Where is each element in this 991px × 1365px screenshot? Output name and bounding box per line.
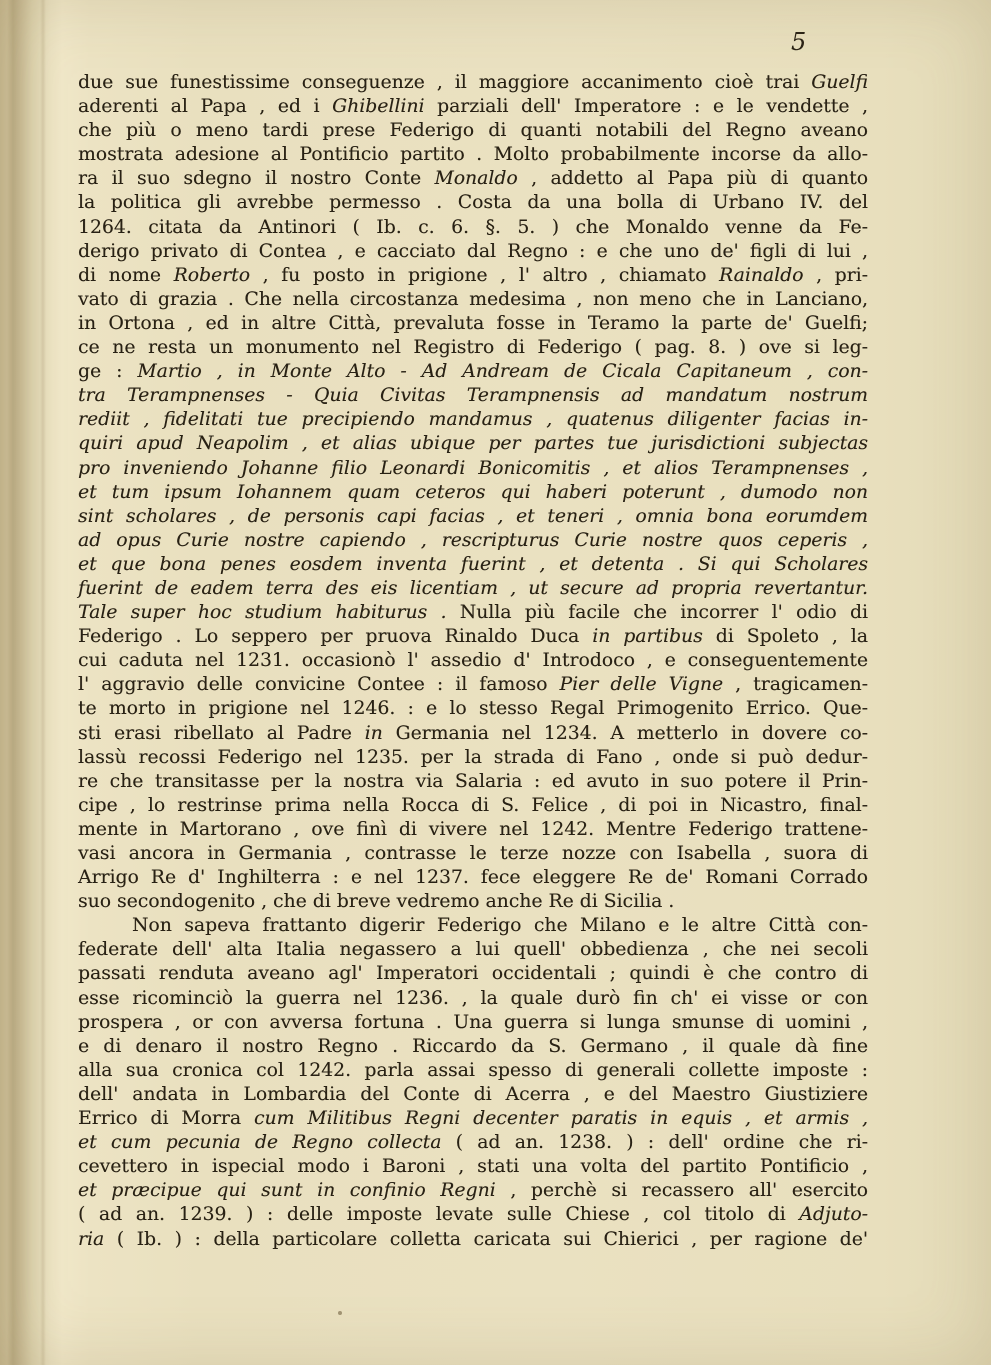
text-line: vasi ancora in Germania , contrasse le t… [78, 842, 868, 866]
italic-text-segment: ad opus Curie nostre capiendo , rescript… [78, 530, 868, 551]
text-segment: derigo privato di Contea , e cacciato da… [78, 241, 868, 262]
italic-text-segment: Ghibellini [332, 96, 424, 117]
text-segment: vato di grazia . Che nella circostanza m… [78, 289, 868, 310]
italic-text-segment: Roberto [174, 265, 250, 286]
text-segment: , pri- [803, 265, 868, 286]
text-line: et que bona penes eosdem inventa fuerint… [78, 553, 868, 577]
text-segment: di nome [78, 265, 174, 286]
text-line: alla sua cronica col 1242. parla assai s… [78, 1059, 868, 1083]
page-crease [40, 0, 46, 1365]
italic-text-segment: sint scholares , de personis capi facias… [78, 506, 868, 527]
text-segment: in Ortona , ed in altre Città, prevaluta… [78, 313, 868, 334]
text-line: fuerint de eadem terra des eis licentiam… [78, 577, 868, 601]
text-line: re che transitasse per la nostra via Sal… [78, 770, 868, 794]
italic-text-segment: pro inveniendo Johanne filio Leonardi Bo… [78, 458, 868, 479]
text-line: ad opus Curie nostre capiendo , rescript… [78, 529, 868, 553]
text-line: esse ricominciò la guerra nel 1236. , la… [78, 987, 868, 1011]
text-segment: di Spoleto , la [703, 626, 868, 647]
text-line: et tum ipsum Iohannem quam ceteros qui h… [78, 481, 868, 505]
text-segment: lassù recossi Federigo nel 1235. per la … [78, 747, 868, 768]
text-segment: Germania nel 1234. A metterlo in dovere … [383, 723, 868, 744]
text-line: dell' andata in Lombardia del Conte di A… [78, 1083, 868, 1107]
text-line: mente in Martorano , ove finì di vivere … [78, 818, 868, 842]
text-segment: ce ne resta un monumento nel Registro di… [78, 337, 868, 358]
italic-text-segment: et præcipue qui sunt in confinio Regni [78, 1180, 496, 1201]
text-line: pro inveniendo Johanne filio Leonardi Bo… [78, 457, 868, 481]
text-segment: Errico di Morra [78, 1108, 254, 1129]
text-segment: l' aggravio delle convicine Contee : il … [78, 674, 560, 695]
text-line: cui caduta nel 1231. occasionò l' assedi… [78, 649, 868, 673]
text-segment: due sue funestissime conseguenze , il ma… [78, 72, 811, 93]
text-segment: la politica gli avrebbe permesso . Costa… [78, 192, 868, 213]
text-line: e di denaro il nostro Regno . Riccardo d… [78, 1035, 868, 1059]
text-line: prospera , or con avversa fortuna . Una … [78, 1011, 868, 1035]
text-segment: mostrata adesione al Pontificio partito … [78, 144, 868, 165]
italic-text-segment: et que bona penes eosdem inventa fuerint… [78, 554, 868, 575]
text-line: aderenti al Papa , ed i Ghibellini parzi… [78, 95, 868, 119]
page-text: due sue funestissime conseguenze , il ma… [78, 71, 868, 1252]
text-line: l' aggravio delle convicine Contee : il … [78, 673, 868, 697]
text-segment: re che transitasse per la nostra via Sal… [78, 771, 868, 792]
text-line: la politica gli avrebbe permesso . Costa… [78, 191, 868, 215]
italic-text-segment: Adjuto- [799, 1204, 868, 1225]
text-line: vato di grazia . Che nella circostanza m… [78, 288, 868, 312]
text-segment: Arrigo Re d' Inghilterra : e nel 1237. f… [78, 867, 868, 888]
text-line: derigo privato di Contea , e cacciato da… [78, 240, 868, 264]
text-line: di nome Roberto , fu posto in prigione ,… [78, 264, 868, 288]
text-line: Arrigo Re d' Inghilterra : e nel 1237. f… [78, 866, 868, 890]
italic-text-segment: Guelfi [811, 72, 868, 93]
text-segment: federate dell' alta Italia negassero a l… [78, 939, 868, 960]
text-segment: Non sapeva frattanto digerir Federigo ch… [132, 915, 868, 936]
paper-speck [150, 1023, 153, 1026]
italic-text-segment: et cum pecunia de Regno collecta [78, 1132, 441, 1153]
text-line: te morto in prigione nel 1246. : e lo st… [78, 697, 868, 721]
text-line: tra Terampnenses - Quia Civitas Terampne… [78, 384, 868, 408]
text-line: rediit , fidelitati tue precipiendo mand… [78, 408, 868, 432]
text-line: ( ad an. 1239. ) : delle imposte levate … [78, 1203, 868, 1227]
text-segment: aderenti al Papa , ed i [78, 96, 332, 117]
text-line: ra il suo sdegno il nostro Conte Monaldo… [78, 167, 868, 191]
text-segment: e di denaro il nostro Regno . Riccardo d… [78, 1036, 868, 1057]
text-segment: sti erasi ribellato al Padre [78, 723, 365, 744]
text-line: Federigo . Lo seppero per pruova Rinaldo… [78, 625, 868, 649]
italic-text-segment: Pier delle Vigne [560, 674, 724, 695]
paper-speck [338, 1311, 342, 1315]
text-line: in Ortona , ed in altre Città, prevaluta… [78, 312, 868, 336]
text-line: 1264. citata da Antinori ( Ib. c. 6. §. … [78, 216, 868, 240]
italic-text-segment: in [365, 723, 383, 744]
italic-text-segment: rediit , fidelitati tue precipiendo mand… [78, 409, 868, 430]
text-segment: ( ad an. 1238. ) : dell' ordine che ri- [441, 1132, 868, 1153]
text-segment: cipe , lo restrinse prima nella Rocca di… [78, 795, 868, 816]
italic-text-segment: fuerint de eadem terra des eis licentiam… [78, 578, 868, 599]
italic-text-segment: et tum ipsum Iohannem quam ceteros qui h… [78, 482, 868, 503]
text-line: federate dell' alta Italia negassero a l… [78, 938, 868, 962]
text-line: cevettero in ispecial modo i Baroni , st… [78, 1155, 868, 1179]
italic-text-segment: Monaldo [435, 168, 518, 189]
text-segment: parziali dell' Imperatore : e le vendett… [425, 96, 869, 117]
text-segment: Nulla più facile che incorrer l' odio di [446, 602, 868, 623]
italic-text-segment: Tale super hoc studium habiturus . [78, 602, 446, 623]
text-segment: prospera , or con avversa fortuna . Una … [78, 1012, 868, 1033]
text-line: mostrata adesione al Pontificio partito … [78, 143, 868, 167]
italic-text-segment: tra Terampnenses - Quia Civitas Terampne… [78, 385, 868, 406]
text-line: ge : Martio , in Monte Alto - Ad Andream… [78, 360, 868, 384]
book-page: 5 due sue funestissime conseguenze , il … [0, 0, 991, 1365]
text-line: passati renduta aveano agl' Imperatori o… [78, 962, 868, 986]
text-line: cipe , lo restrinse prima nella Rocca di… [78, 794, 868, 818]
text-segment: , fu posto in prigione , l' altro , chia… [250, 265, 719, 286]
text-segment: che più o meno tardi prese Federigo di q… [78, 120, 868, 141]
text-line: lassù recossi Federigo nel 1235. per la … [78, 746, 868, 770]
page-number: 5 [791, 28, 807, 56]
text-line: suo secondogenito , che di breve vedremo… [78, 890, 868, 914]
text-segment: 1264. citata da Antinori ( Ib. c. 6. §. … [78, 217, 868, 238]
text-segment: , perchè si recassero all' esercito [496, 1180, 868, 1201]
text-line: quiri apud Neapolim , et alias ubique pe… [78, 432, 868, 456]
text-segment: te morto in prigione nel 1246. : e lo st… [78, 698, 868, 719]
text-segment: ( Ib. ) : della particolare colletta car… [104, 1229, 868, 1250]
text-segment: , tragicamen- [723, 674, 868, 695]
text-line: due sue funestissime conseguenze , il ma… [78, 71, 868, 95]
text-segment: ra il suo sdegno il nostro Conte [78, 168, 435, 189]
text-segment: alla sua cronica col 1242. parla assai s… [78, 1060, 868, 1081]
italic-text-segment: ria [78, 1229, 104, 1250]
text-line: ce ne resta un monumento nel Registro di… [78, 336, 868, 360]
text-line: ria ( Ib. ) : della particolare colletta… [78, 1228, 868, 1252]
italic-text-segment: Rainaldo [719, 265, 803, 286]
text-segment: cui caduta nel 1231. occasionò l' assedi… [78, 650, 868, 671]
text-segment: Federigo . Lo seppero per pruova Rinaldo… [78, 626, 592, 647]
text-segment: ge : [78, 361, 137, 382]
text-segment: cevettero in ispecial modo i Baroni , st… [78, 1156, 868, 1177]
text-line: Non sapeva frattanto digerir Federigo ch… [78, 914, 868, 938]
italic-text-segment: Martio , in Monte Alto - Ad Andream de C… [137, 361, 868, 382]
text-line: Tale super hoc studium habiturus . Nulla… [78, 601, 868, 625]
text-segment: dell' andata in Lombardia del Conte di A… [78, 1084, 868, 1105]
text-segment: mente in Martorano , ove finì di vivere … [78, 819, 868, 840]
text-line: sti erasi ribellato al Padre in Germania… [78, 722, 868, 746]
text-line: Errico di Morra cum Militibus Regni dece… [78, 1107, 868, 1131]
italic-text-segment: cum Militibus Regni decenter paratis in … [254, 1108, 868, 1129]
text-segment: ( ad an. 1239. ) : delle imposte levate … [78, 1204, 799, 1225]
text-segment: suo secondogenito , che di breve vedremo… [78, 891, 674, 912]
text-segment: passati renduta aveano agl' Imperatori o… [78, 963, 868, 984]
text-segment: vasi ancora in Germania , contrasse le t… [78, 843, 868, 864]
text-segment: , addetto al Papa più di quanto [518, 168, 868, 189]
text-line: sint scholares , de personis capi facias… [78, 505, 868, 529]
text-line: et præcipue qui sunt in confinio Regni ,… [78, 1179, 868, 1203]
text-line: che più o meno tardi prese Federigo di q… [78, 119, 868, 143]
text-line: et cum pecunia de Regno collecta ( ad an… [78, 1131, 868, 1155]
text-segment: esse ricominciò la guerra nel 1236. , la… [78, 988, 868, 1009]
italic-text-segment: quiri apud Neapolim , et alias ubique pe… [78, 433, 868, 454]
italic-text-segment: in partibus [592, 626, 703, 647]
